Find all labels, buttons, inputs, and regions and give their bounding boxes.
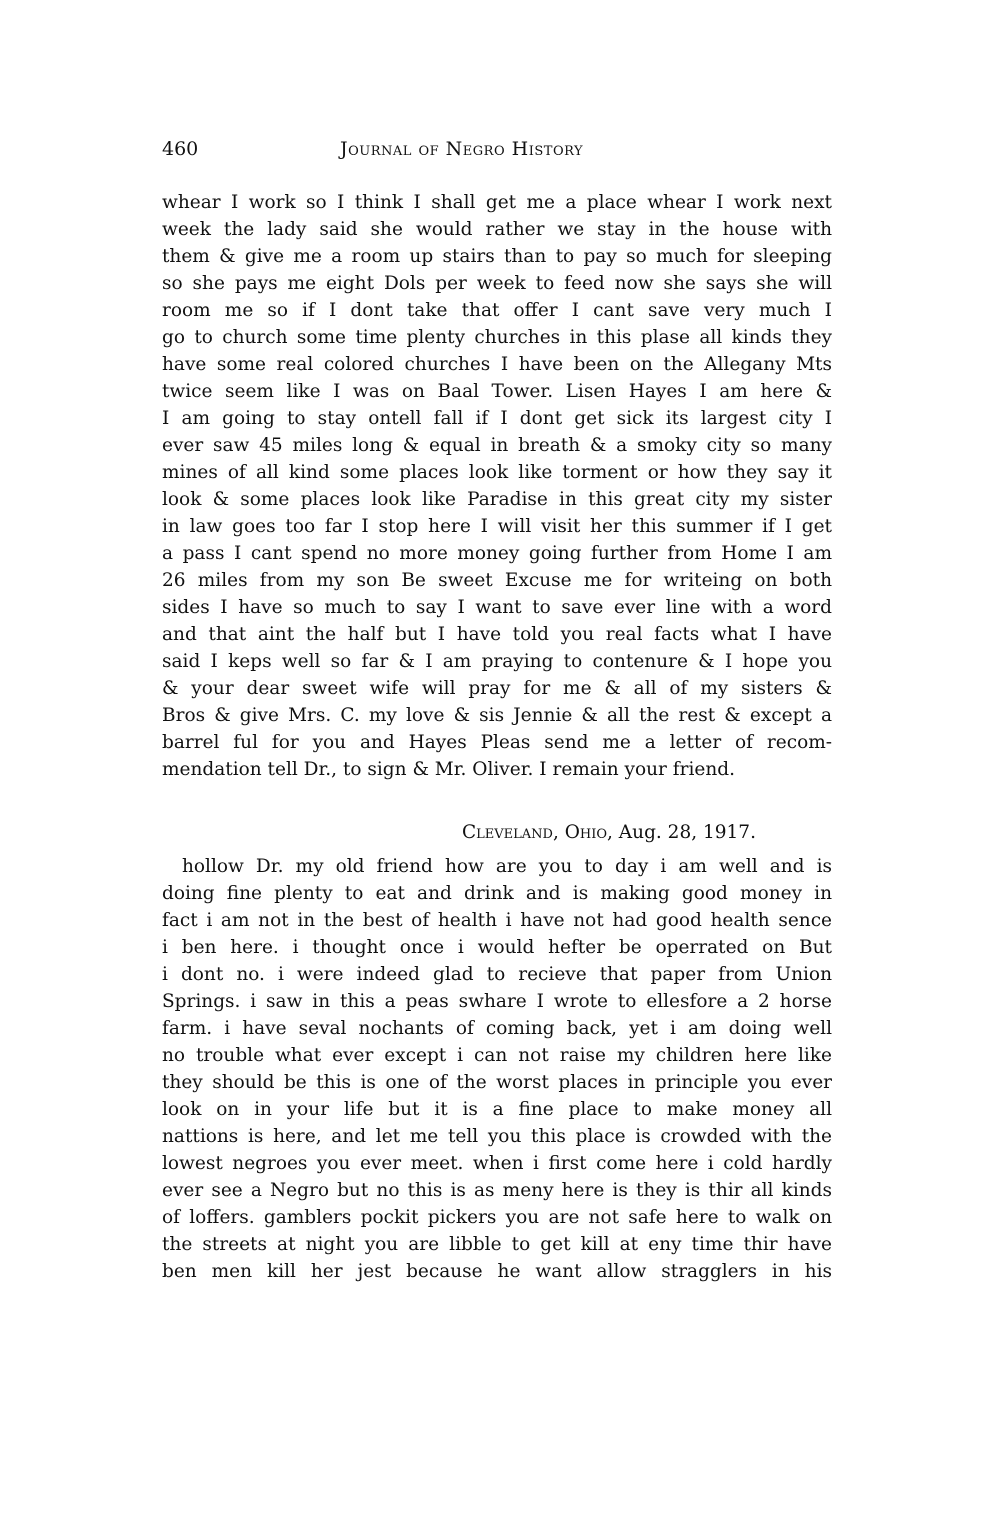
dateline-state: Ohio: [565, 822, 607, 843]
text-line: barrel ful for you and Hayes Pleas send …: [162, 732, 832, 754]
text-line: they should be this is one of the worst …: [162, 1072, 832, 1094]
text-line: i ben here. i thought once i would hefte…: [162, 937, 832, 959]
text-line: of loffers. gamblers pockit pickers you …: [162, 1207, 832, 1229]
text-line: have some real colored churches I have b…: [162, 354, 832, 376]
text-line: room me so if I dont take that offer I c…: [162, 300, 832, 322]
text-line: look on in your life but it is a fine pl…: [162, 1099, 832, 1121]
text-line: week the lady said she would rather we s…: [162, 219, 832, 241]
text-line: mines of all kind some places look like …: [162, 462, 832, 484]
text-line: look & some places look like Paradise in…: [162, 489, 832, 511]
text-line: said I keps well so far & I am praying t…: [162, 651, 832, 673]
page-header: 460 Journal of Negro History: [162, 138, 832, 164]
text-line: i dont no. i were indeed glad to recieve…: [162, 964, 832, 986]
text-line: whear I work so I think I shall get me a…: [162, 192, 832, 214]
text-line: in law goes too far I stop here I will v…: [162, 516, 832, 538]
text-line: ever saw 45 miles long & equal in breath…: [162, 435, 832, 457]
text-line: ever see a Negro but no this is as meny …: [162, 1180, 832, 1202]
text-line: & your dear sweet wife will pray for me …: [162, 678, 832, 700]
running-head: Journal of Negro History: [340, 138, 583, 160]
text-line: sides I have so much to say I want to sa…: [162, 597, 832, 619]
text-line: go to church some time plenty churches i…: [162, 327, 832, 349]
text-line: I am going to stay ontell fall if I dont…: [162, 408, 832, 430]
text-line: Springs. i saw in this a peas swhare I w…: [162, 991, 832, 1013]
text-line: nattions is here, and let me tell you th…: [162, 1126, 832, 1148]
dateline-city: Cleveland: [462, 822, 553, 843]
document-page: 460 Journal of Negro History whear I wor…: [0, 0, 1000, 1520]
text-line: and that aint the half but I have told y…: [162, 624, 832, 646]
text-line: fact i am not in the best of health i ha…: [162, 910, 832, 932]
text-line: twice seem like I was on Baal Tower. Lis…: [162, 381, 832, 403]
letter-2-dateline: Cleveland, Ohio, Aug. 28, 1917.: [462, 822, 756, 843]
text-line: Bros & give Mrs. C. my love & sis Jennie…: [162, 705, 832, 727]
text-line: hollow Dr. my old friend how are you to …: [182, 856, 832, 878]
text-line: farm. i have seval nochants of coming ba…: [162, 1018, 832, 1040]
dateline-date: , Aug. 28, 1917.: [607, 822, 756, 843]
text-line: lowest negroes you ever meet. when i fir…: [162, 1153, 832, 1175]
text-line: them & give me a room up stairs than to …: [162, 246, 832, 268]
page-number: 460: [162, 138, 198, 160]
text-line: so she pays me eight Dols per week to fe…: [162, 273, 832, 295]
text-line: mendation tell Dr., to sign & Mr. Oliver…: [162, 759, 832, 781]
text-line: ben men kill her jest because he want al…: [162, 1261, 832, 1283]
text-line: no trouble what ever except i can not ra…: [162, 1045, 832, 1067]
text-line: the streets at night you are libble to g…: [162, 1234, 832, 1256]
text-line: doing fine plenty to eat and drink and i…: [162, 883, 832, 905]
text-line: a pass I cant spend no more money going …: [162, 543, 832, 565]
text-line: 26 miles from my son Be sweet Excuse me …: [162, 570, 832, 592]
